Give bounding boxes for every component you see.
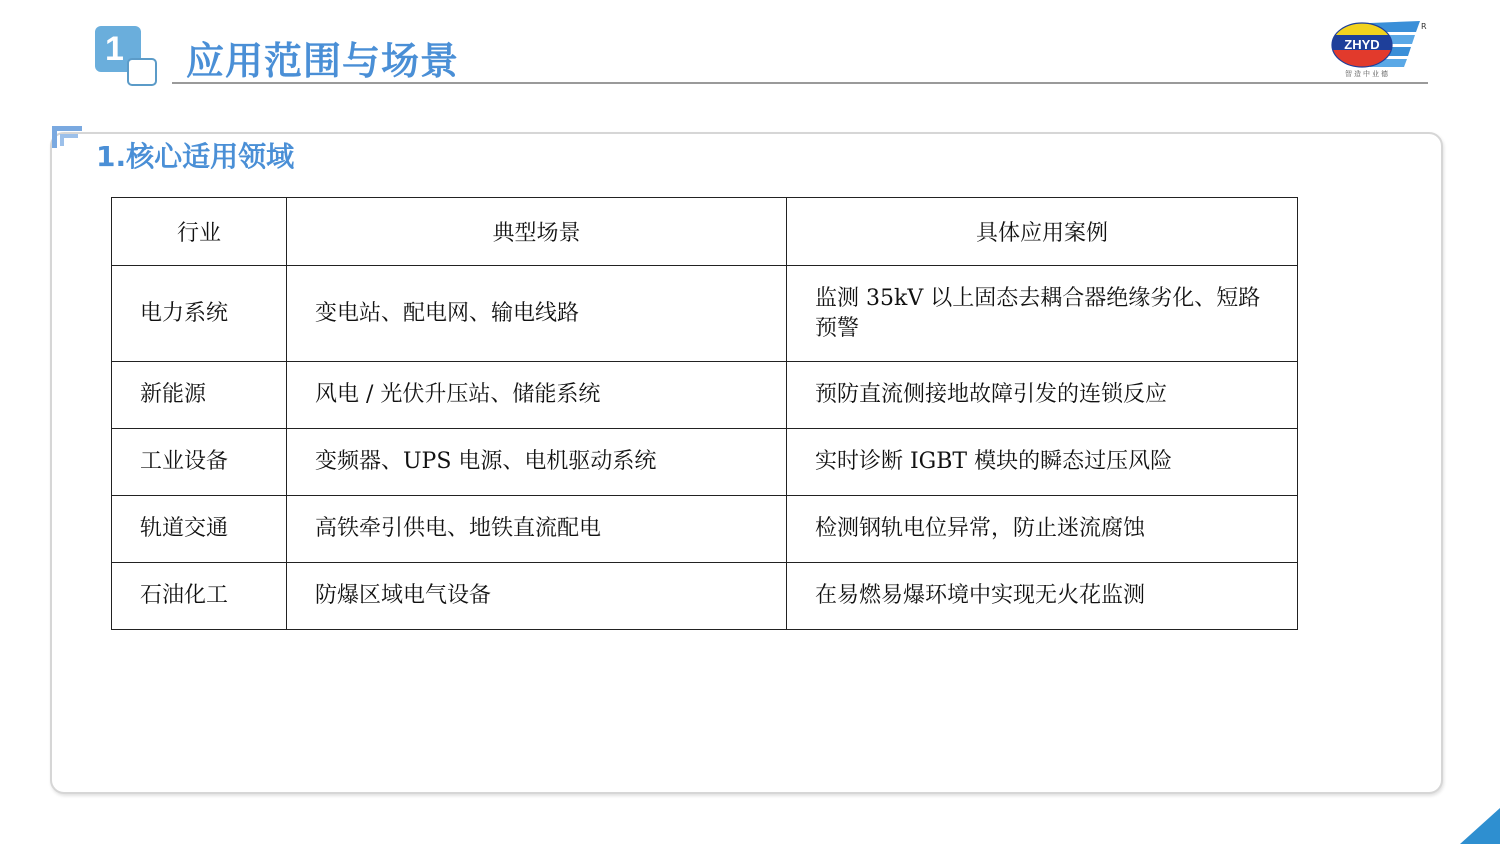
table-row: 电力系统 变电站、配电网、输电线路 监测 35kV 以上固态去耦合器绝缘劣化、短… <box>112 266 1298 362</box>
title-underline <box>172 82 1428 84</box>
cell-case: 实时诊断 IGBT 模块的瞬态过压风险 <box>787 429 1298 496</box>
table-row: 新能源 风电 / 光伏升压站、储能系统 预防直流侧接地故障引发的连锁反应 <box>112 362 1298 429</box>
page-title: 应用范围与场景 <box>186 36 459 86</box>
corner-bracket-icon <box>52 126 82 148</box>
table-row: 工业设备 变频器、UPS 电源、电机驱动系统 实时诊断 IGBT 模块的瞬态过压… <box>112 429 1298 496</box>
cell-case: 预防直流侧接地故障引发的连锁反应 <box>787 362 1298 429</box>
section-title: 1.核心适用领域 <box>96 137 294 177</box>
corner-accent-triangle <box>1460 808 1500 844</box>
registered-mark: R <box>1421 22 1427 31</box>
header-industry: 行业 <box>112 198 287 266</box>
cell-industry: 电力系统 <box>112 266 287 362</box>
cell-scene: 风电 / 光伏升压站、储能系统 <box>287 362 787 429</box>
logo-subtitle: 智造中业德 <box>1345 69 1390 79</box>
table-row: 轨道交通 高铁牵引供电、地铁直流配电 检测钢轨电位异常，防止迷流腐蚀 <box>112 496 1298 563</box>
table-header-row: 行业 典型场景 具体应用案例 <box>112 198 1298 266</box>
cell-industry: 新能源 <box>112 362 287 429</box>
table-row: 石油化工 防爆区域电气设备 在易燃易爆环境中实现无火花监测 <box>112 563 1298 630</box>
cell-case: 监测 35kV 以上固态去耦合器绝缘劣化、短路预警 <box>787 266 1298 362</box>
cell-scene: 高铁牵引供电、地铁直流配电 <box>287 496 787 563</box>
cell-industry: 石油化工 <box>112 563 287 630</box>
badge-outline-decoration <box>127 58 157 86</box>
cell-scene: 变电站、配电网、输电线路 <box>287 266 787 362</box>
logo-text: ZHYD <box>1344 37 1379 52</box>
application-table: 行业 典型场景 具体应用案例 电力系统 变电站、配电网、输电线路 监测 35kV… <box>111 197 1298 630</box>
cell-industry: 轨道交通 <box>112 496 287 563</box>
cell-case: 在易燃易爆环境中实现无火花监测 <box>787 563 1298 630</box>
header-application-case: 具体应用案例 <box>787 198 1298 266</box>
cell-industry: 工业设备 <box>112 429 287 496</box>
cell-case: 检测钢轨电位异常，防止迷流腐蚀 <box>787 496 1298 563</box>
header-typical-scene: 典型场景 <box>287 198 787 266</box>
cell-scene: 变频器、UPS 电源、电机驱动系统 <box>287 429 787 496</box>
cell-scene: 防爆区域电气设备 <box>287 563 787 630</box>
